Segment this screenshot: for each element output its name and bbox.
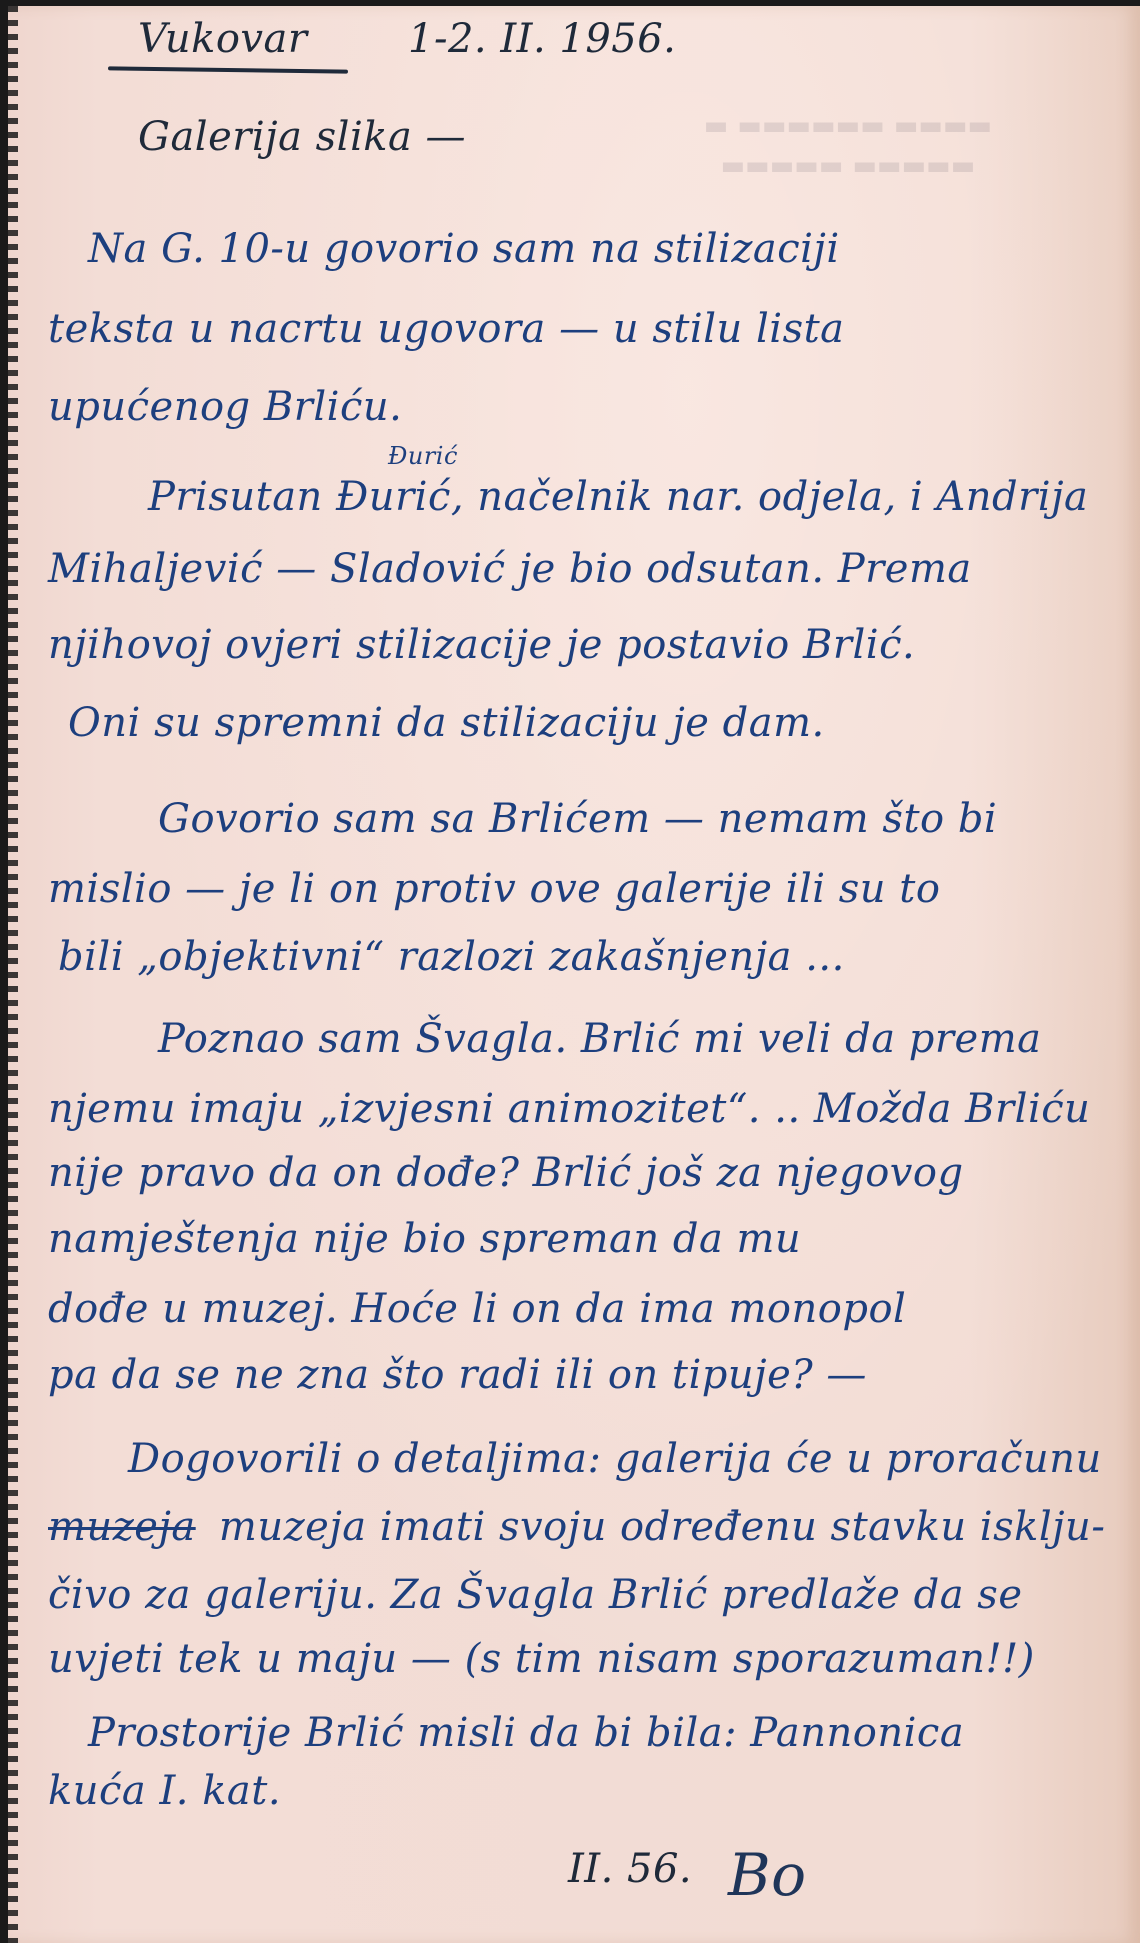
paper-sheet: ▬▬▬▬ ▬▬▬▬▬▬ ▬▬▬▬▬▬ ▬▬▬▬▬ Vukovar 1-2. II… bbox=[8, 6, 1140, 1943]
text-line: Govorio sam sa Brlićem — nemam što bi bbox=[158, 796, 997, 842]
text-line: Dogovorili o detaljima: galerija će u pr… bbox=[128, 1436, 1102, 1482]
text-line: upućenog Brliću. bbox=[48, 384, 402, 430]
text-line: čivo za galeriju. Za Švagla Brlić predla… bbox=[48, 1572, 1023, 1618]
struck-word: muzeja bbox=[48, 1504, 196, 1550]
perforated-edge bbox=[8, 6, 18, 1943]
text-line: Mihaljević — Sladović je bio odsutan. Pr… bbox=[48, 546, 972, 592]
text-line: njihovoj ovjeri stilizacije je postavio … bbox=[48, 622, 915, 668]
text-line: teksta u nacrtu ugovora — u stilu lista bbox=[48, 306, 845, 352]
text-line: mislio — je li on protiv ove galerije il… bbox=[48, 866, 940, 912]
signature: Bo bbox=[728, 1841, 807, 1909]
text-line: Poznao sam Švagla. Brlić mi veli da prem… bbox=[158, 1016, 1041, 1062]
inserted-correction: Đurić bbox=[388, 442, 458, 470]
text-line: bili „objektivni“ razlozi zakašnjenja ..… bbox=[58, 934, 845, 980]
text-line: kuća I. kat. bbox=[48, 1768, 281, 1814]
header-place: Vukovar bbox=[138, 16, 307, 62]
header-underline bbox=[108, 66, 348, 73]
text-line: namještenja nije bio spreman da mu bbox=[48, 1216, 801, 1262]
text-line: Prostorije Brlić misli da bi bila: Panno… bbox=[88, 1710, 964, 1756]
text-line: pa da se ne zna što radi ili on tipuje? … bbox=[48, 1352, 867, 1398]
subject-line: Galerija slika — bbox=[138, 114, 466, 160]
footer-date: II. 56. bbox=[568, 1846, 692, 1892]
text-line: uvjeti tek u maju — (s tim nisam sporazu… bbox=[48, 1636, 1035, 1682]
text-line: Na G. 10-u govorio sam na stilizaciji bbox=[88, 226, 840, 272]
text-line-content: Prisutan Đurić, načelnik nar. odjela, i … bbox=[148, 474, 1088, 520]
text-line: nije pravo da on dođe? Brlić još za njeg… bbox=[48, 1150, 964, 1196]
text-line-content: muzeja imati svoju određenu stavku isklj… bbox=[219, 1504, 1105, 1550]
text-line: Oni su spremni da stilizaciju je dam. bbox=[68, 700, 825, 746]
show-through-print: ▬▬▬▬ ▬▬▬▬▬▬ ▬▬▬▬▬▬ ▬▬▬▬▬ bbox=[638, 106, 1058, 186]
text-line: muzeja muzeja imati svoju određenu stavk… bbox=[48, 1504, 1105, 1550]
text-line: dođe u muzej. Hoće li on da ima monopol bbox=[48, 1286, 906, 1332]
text-line: njemu imaju „izvjesni animozitet“. .. Mo… bbox=[48, 1086, 1090, 1132]
text-line: Prisutan Đurić, načelnik nar. odjela, i … bbox=[148, 474, 1088, 520]
header-date: 1-2. II. 1956. bbox=[408, 16, 676, 62]
